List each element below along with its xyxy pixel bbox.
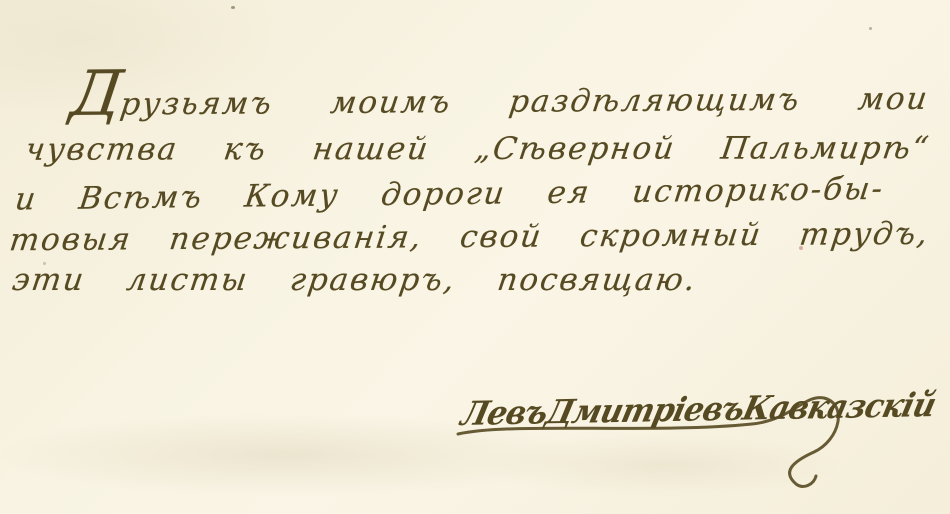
ink-speck-icon	[43, 262, 46, 265]
signature-block: ЛевъДмитріевъКавказскій	[452, 388, 872, 498]
handwriting-line: чувства къ нашей „Сѣверной Пальмирѣ“	[23, 130, 932, 168]
handwriting-line: Друзьямъ моимъ раздѣляющимъ мои	[68, 69, 933, 123]
ink-speck-icon	[231, 6, 235, 9]
handwriting-line: товыя переживанія, свой скромный трудъ,	[7, 216, 931, 258]
scanned-manuscript-page: Друзьямъ моимъ раздѣляющимъ мои чувства …	[0, 0, 950, 514]
ink-speck-icon	[869, 27, 872, 30]
handwriting-line: эти листы гравюръ, посвящаю.	[10, 262, 699, 298]
ink-speck-icon	[799, 246, 803, 250]
handwriting-line: и Всѣмъ Кому дороги ея историко-бы-	[13, 171, 886, 218]
